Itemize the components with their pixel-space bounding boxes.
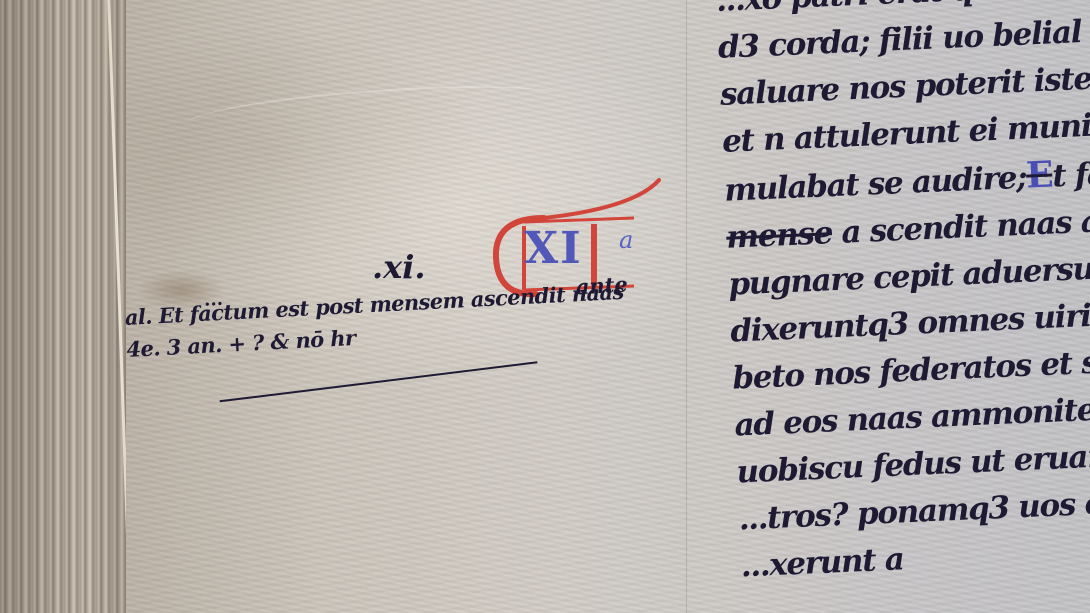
blue-initial-trailing: t fa [1052,156,1090,194]
annotation-dots: ... [203,289,223,311]
main-text-column: ...xo patri erat q d3 corda; filii uo be… [715,0,1090,590]
manuscript-photo: .xi. XI a ... ante al. Et factum est pos… [0,0,1090,613]
text-line-5-body: mulabat se audire; [724,160,1028,209]
rubric-suffix: a [619,226,633,254]
fold-crease [185,77,567,145]
annotation-superscript: ante [575,272,628,300]
chapter-number-prefix: .xi. [372,248,426,286]
rubric-numeral: XI [524,223,583,274]
blue-initial: E [1025,153,1053,196]
struck-word: mense [726,215,833,256]
